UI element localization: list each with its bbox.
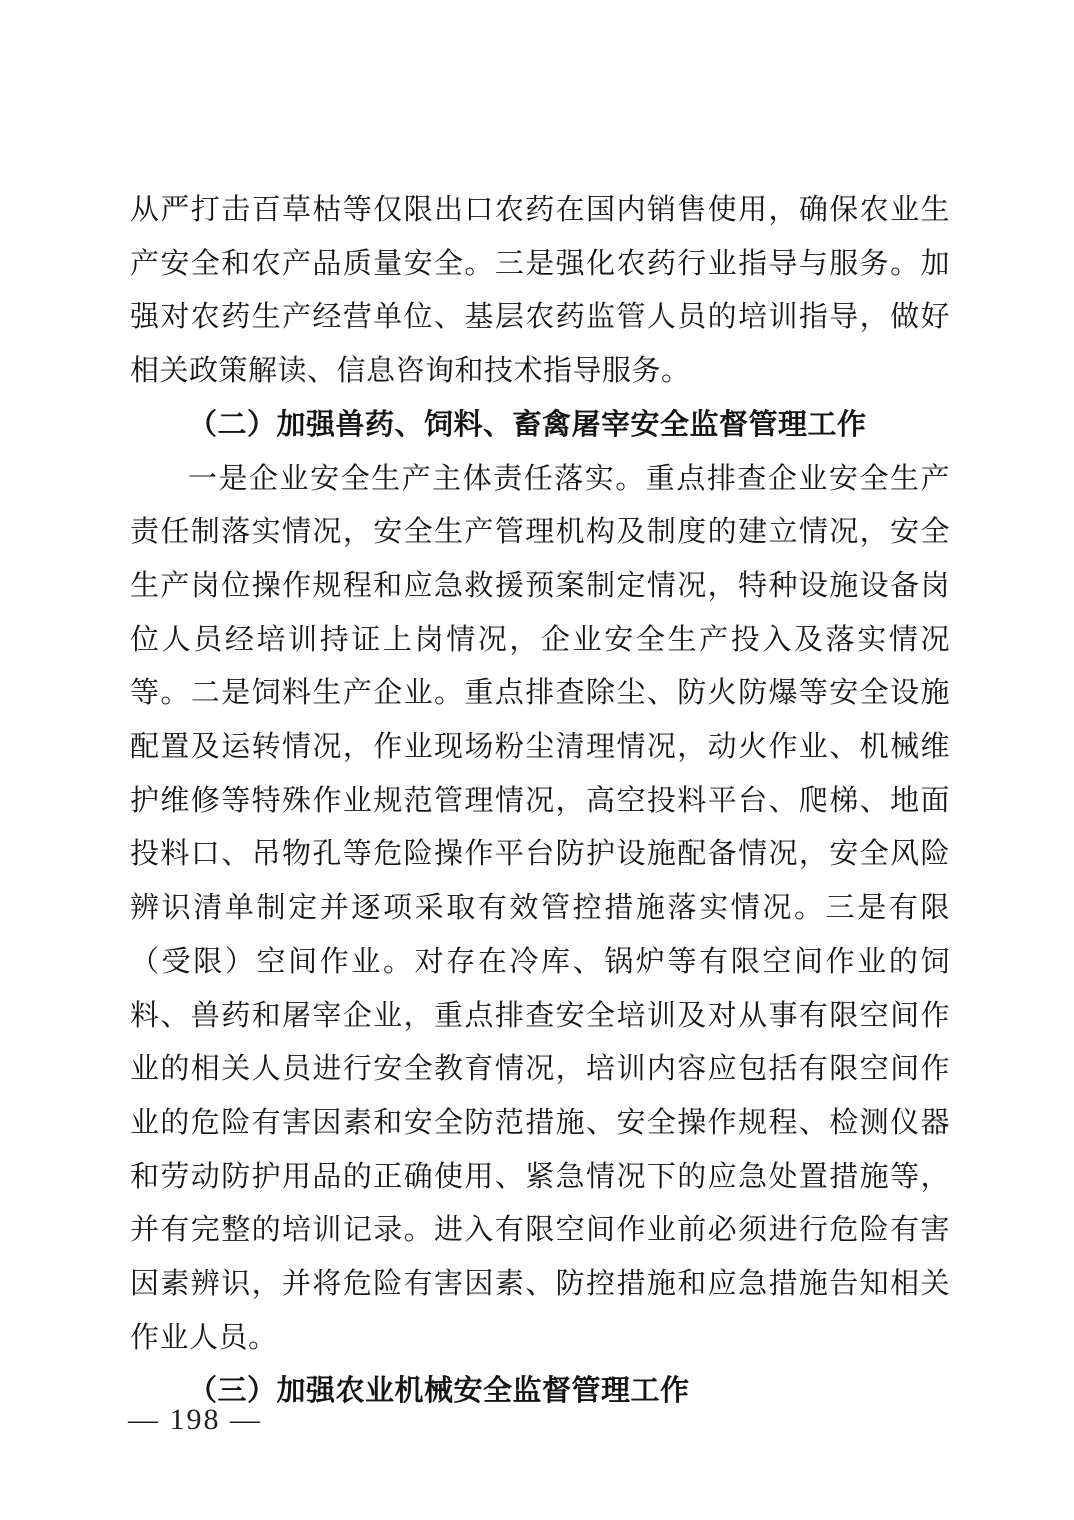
page-number: — 198 —: [128, 1402, 262, 1438]
document-body: 从严打击百草枯等仅限出口农药在国内销售使用，确保农业生产安全和农产品质量安全。三…: [130, 184, 950, 1419]
document-page: 从严打击百草枯等仅限出口农药在国内销售使用，确保农业生产安全和农产品质量安全。三…: [0, 0, 1074, 1520]
body-paragraph: 从严打击百草枯等仅限出口农药在国内销售使用，确保农业生产安全和农产品质量安全。三…: [130, 184, 950, 399]
body-paragraph: 一是企业安全生产主体责任落实。重点排查企业安全生产责任制落实情况，安全生产管理机…: [130, 453, 950, 1366]
section-heading: （二）加强兽药、饲料、畜禽屠宰安全监督管理工作: [130, 399, 950, 453]
